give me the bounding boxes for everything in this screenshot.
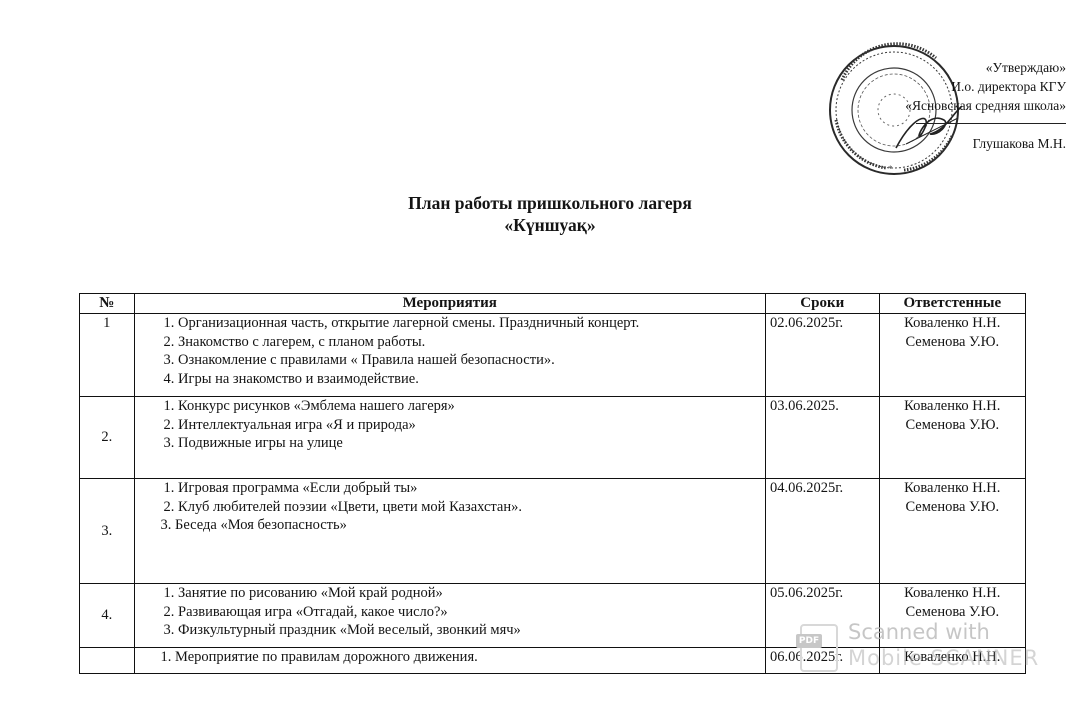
responsible-person: Семенова У.Ю. bbox=[880, 416, 1025, 435]
row-number: 2. bbox=[80, 397, 135, 479]
row-activities: 1. Конкурс рисунков «Эмблема нашего лаге… bbox=[134, 397, 765, 479]
title-line-1: План работы пришкольного лагеря bbox=[0, 192, 1080, 214]
responsible-person: Семенова У.Ю. bbox=[880, 603, 1025, 622]
row-date: 05.06.2025г. bbox=[766, 584, 880, 648]
responsible-person: Коваленко Н.Н. bbox=[880, 397, 1025, 416]
approval-signer: Глушакова М.Н. bbox=[905, 134, 1066, 153]
approval-line-3: «Ясновская средняя школа» bbox=[905, 96, 1066, 115]
activity-item: 4. Игры на знакомство и взаимодействие. bbox=[164, 370, 765, 389]
row-number: 3. bbox=[80, 479, 135, 584]
activity-item: 2. Клуб любителей поэзии «Цвети, цвети м… bbox=[164, 498, 765, 517]
document-title: План работы пришкольного лагеря «Күншуақ… bbox=[0, 192, 1080, 236]
approval-line-1: «Утверждаю» bbox=[905, 58, 1066, 77]
responsible-person: Коваленко Н.Н. bbox=[880, 584, 1025, 603]
row-activities: 1. Занятие по рисованию «Мой край родной… bbox=[134, 584, 765, 648]
title-line-2: «Күншуақ» bbox=[0, 214, 1080, 236]
row-responsible: Коваленко Н.Н.Семенова У.Ю. bbox=[879, 479, 1025, 584]
table-row: 4.1. Занятие по рисованию «Мой край родн… bbox=[80, 584, 1026, 648]
row-date: 03.06.2025. bbox=[766, 397, 880, 479]
svg-text:*: * bbox=[888, 164, 893, 174]
table-row: 3.1. Игровая программа «Если добрый ты»2… bbox=[80, 479, 1026, 584]
row-date: 04.06.2025г. bbox=[766, 479, 880, 584]
activity-item: 3. Ознакомление с правилами « Правила на… bbox=[164, 351, 765, 370]
responsible-person: Коваленко Н.Н. bbox=[880, 314, 1025, 333]
plan-table: № Мероприятия Сроки Ответстенные 11. Орг… bbox=[79, 293, 1026, 674]
row-date: 06.06.2025г. bbox=[766, 648, 880, 674]
activity-item: 1. Конкурс рисунков «Эмблема нашего лаге… bbox=[164, 397, 765, 416]
table-header-row: № Мероприятия Сроки Ответстенные bbox=[80, 294, 1026, 314]
row-date: 02.06.2025г. bbox=[766, 314, 880, 397]
activity-item: 1. Занятие по рисованию «Мой край родной… bbox=[164, 584, 765, 603]
table-row: 11. Организационная часть, открытие лаге… bbox=[80, 314, 1026, 397]
row-number bbox=[80, 648, 135, 674]
activity-item: 1. Игровая программа «Если добрый ты» bbox=[164, 479, 765, 498]
row-responsible: Коваленко Н.Н. bbox=[879, 648, 1025, 674]
row-activities: 1. Мероприятие по правилам дорожного дви… bbox=[134, 648, 765, 674]
activity-item: 2. Интеллектуальная игра «Я и природа» bbox=[164, 416, 765, 435]
activity-item: 3. Физкультурный праздник «Мой веселый, … bbox=[164, 621, 765, 640]
signature-line bbox=[916, 123, 1066, 124]
row-number: 4. bbox=[80, 584, 135, 648]
table-row: 1. Мероприятие по правилам дорожного дви… bbox=[80, 648, 1026, 674]
responsible-person: Семенова У.Ю. bbox=[880, 498, 1025, 517]
responsible-person: Семенова У.Ю. bbox=[880, 333, 1025, 352]
approval-line-2: И.о. директора КГУ bbox=[905, 77, 1066, 96]
row-activities: 1. Организационная часть, открытие лагер… bbox=[134, 314, 765, 397]
row-number: 1 bbox=[80, 314, 135, 397]
responsible-person: Коваленко Н.Н. bbox=[880, 479, 1025, 498]
header-dates: Сроки bbox=[766, 294, 880, 314]
activity-item: 3. Подвижные игры на улице bbox=[164, 434, 765, 453]
activity-item: 1. Мероприятие по правилам дорожного дви… bbox=[161, 648, 765, 667]
row-responsible: Коваленко Н.Н.Семенова У.Ю. bbox=[879, 584, 1025, 648]
table-row: 2.1. Конкурс рисунков «Эмблема нашего ла… bbox=[80, 397, 1026, 479]
activity-item: 3. Беседа «Моя безопасность» bbox=[161, 516, 765, 535]
row-responsible: Коваленко Н.Н.Семенова У.Ю. bbox=[879, 397, 1025, 479]
activity-item: 1. Организационная часть, открытие лагер… bbox=[164, 314, 765, 333]
activity-item: 2. Знакомство с лагерем, с планом работы… bbox=[164, 333, 765, 352]
header-responsible: Ответстенные bbox=[879, 294, 1025, 314]
row-responsible: Коваленко Н.Н.Семенова У.Ю. bbox=[879, 314, 1025, 397]
header-activities: Мероприятия bbox=[134, 294, 765, 314]
approval-block: «Утверждаю» И.о. директора КГУ «Ясновска… bbox=[905, 58, 1066, 153]
header-number: № bbox=[80, 294, 135, 314]
activity-item: 2. Развивающая игра «Отгадай, какое числ… bbox=[164, 603, 765, 622]
row-activities: 1. Игровая программа «Если добрый ты»2. … bbox=[134, 479, 765, 584]
responsible-person: Коваленко Н.Н. bbox=[880, 648, 1025, 667]
